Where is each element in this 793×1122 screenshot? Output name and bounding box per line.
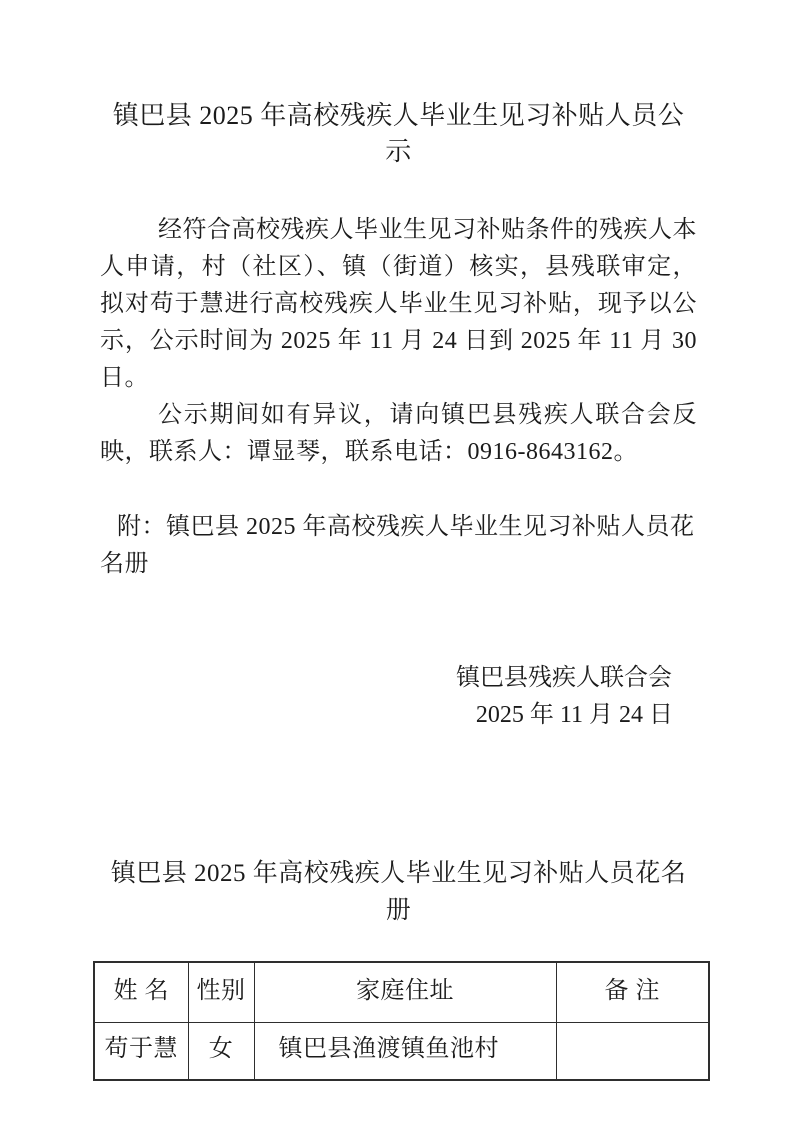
cell-gender: 女 bbox=[188, 1022, 254, 1080]
column-header-address: 家庭住址 bbox=[254, 962, 556, 1022]
roster-title: 镇巴县 2025 年高校残疾人毕业生见习补贴人员花名册 bbox=[100, 855, 697, 929]
cell-address: 镇巴县渔渡镇鱼池村 bbox=[254, 1022, 556, 1080]
column-header-remark: 备 注 bbox=[556, 962, 709, 1022]
roster-table: 姓 名 性别 家庭住址 备 注 苟于慧 女 镇巴县渔渡镇鱼池村 bbox=[93, 961, 710, 1081]
signature-organization: 镇巴县残疾人联合会 bbox=[100, 660, 697, 697]
cell-name: 苟于慧 bbox=[94, 1022, 188, 1080]
announcement-paragraph-1: 经符合高校残疾人毕业生见习补贴条件的残疾人本人申请，村（社区）、镇（街道）核实，… bbox=[100, 212, 697, 397]
announcement-paragraph-2: 公示期间如有异议，请向镇巴县残疾人联合会反映，联系人：谭显琴，联系电话：0916… bbox=[100, 397, 697, 471]
roster-data-row: 苟于慧 女 镇巴县渔渡镇鱼池村 bbox=[94, 1022, 709, 1080]
cell-remark bbox=[556, 1022, 709, 1080]
attachment-note: 附：镇巴县 2025 年高校残疾人毕业生见习补贴人员花名册 bbox=[100, 509, 697, 583]
column-header-gender: 性别 bbox=[188, 962, 254, 1022]
announcement-title: 镇巴县 2025 年高校残疾人毕业生见习补贴人员公示 bbox=[100, 98, 697, 170]
document-page: { "page": { "background": "#ffffff", "te… bbox=[0, 0, 793, 1122]
signature-date: 2025 年 11 月 24 日 bbox=[100, 697, 697, 734]
roster-header-row: 姓 名 性别 家庭住址 备 注 bbox=[94, 962, 709, 1022]
document-content: 镇巴县 2025 年高校残疾人毕业生见习补贴人员公示 经符合高校残疾人毕业生见习… bbox=[100, 0, 697, 1081]
signature-block: 镇巴县残疾人联合会 2025 年 11 月 24 日 bbox=[100, 660, 697, 734]
column-header-name: 姓 名 bbox=[94, 962, 188, 1022]
